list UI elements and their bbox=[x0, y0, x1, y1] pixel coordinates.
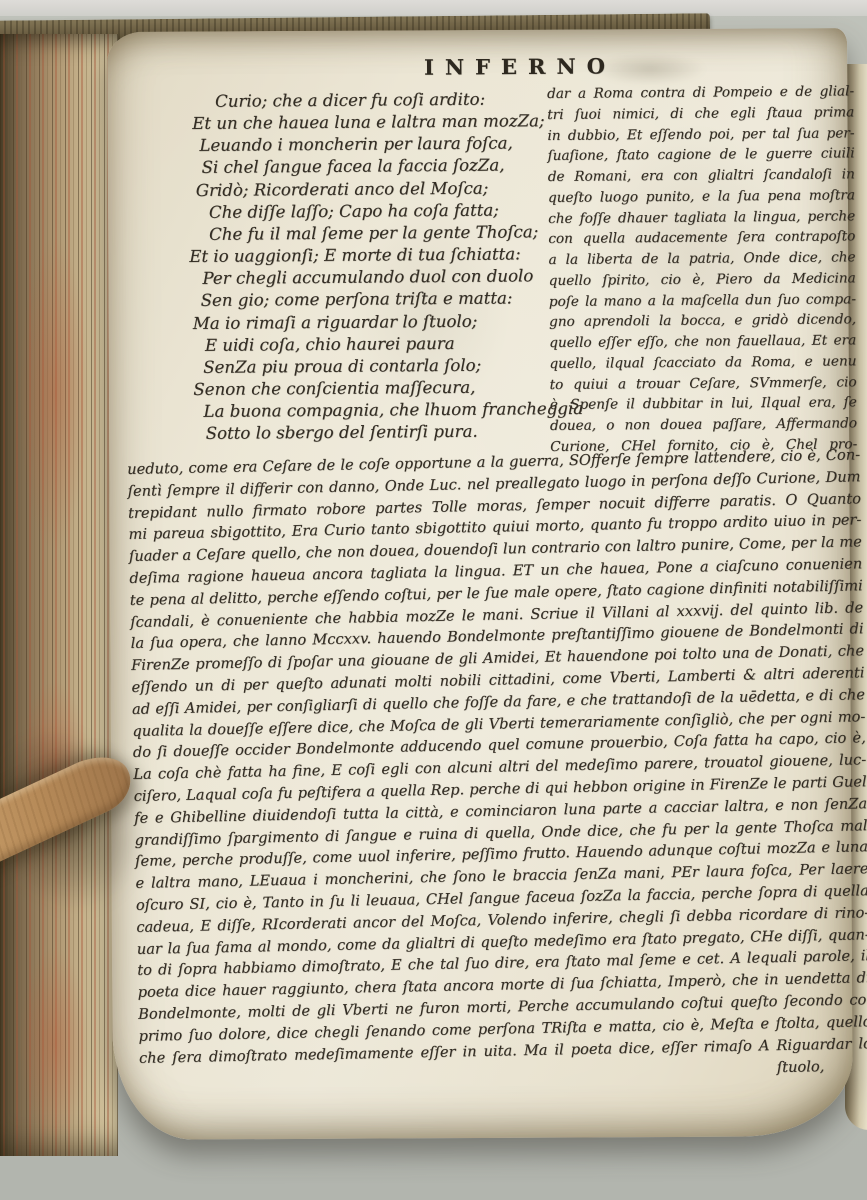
verse-line: Sen gio; come perſona triſta e matta: bbox=[201, 287, 580, 312]
verse-line: Curio; che a dicer fu coſi ardito: bbox=[215, 88, 578, 113]
verse-line: SenZa piu proua di contarla ſolo; bbox=[203, 354, 580, 379]
commentary-full-lines: ueduto, come era Ceſare de le coſe oppor… bbox=[127, 444, 867, 1069]
book-fore-edge bbox=[0, 34, 118, 1156]
commentary-line: de Romani, era con glialtri ſcandaloſi i… bbox=[548, 164, 855, 187]
commentary-line: douea, o non douea paſſare, Affermando bbox=[550, 413, 857, 436]
commentary-full-width: ueduto, come era Ceſare de le coſe oppor… bbox=[127, 444, 867, 1092]
commentary-line: in dubbio, Et eſſendo poi, per tal ſua p… bbox=[547, 123, 854, 146]
background-top-strip bbox=[0, 0, 867, 16]
verse-line: Che diſſe laſſo; Capo ha coſa fatta; bbox=[209, 199, 579, 224]
verse-line: Gridò; Ricorderati anco del Moſca; bbox=[196, 177, 579, 202]
commentary-line: gno aprendoli la bocca, e gridò dicendo, bbox=[549, 310, 856, 333]
commentary-line: a la liberta de la patria, Onde dice, ch… bbox=[548, 247, 855, 270]
verse-line: Leuando i moncherin per laura foſca, bbox=[199, 132, 578, 157]
commentary-line: to quiui a trouar Ceſare, SVmmerſe, cio bbox=[550, 372, 857, 395]
commentary-line: quello eſſer eſſo, che non fauellaua, Et… bbox=[549, 330, 856, 353]
commentary-line: è, Spenſe il dubbitar in lui, Ilqual era… bbox=[550, 393, 857, 416]
verse-line: Si chel ſangue facea la faccia ſozZa, bbox=[202, 154, 579, 179]
verse-line: Ma io rimaſi a riguardar lo ſtuolo; bbox=[193, 309, 580, 334]
verse-line: Sotto lo sbergo del ſentirſi pura. bbox=[206, 420, 581, 445]
commentary-line: che foſſe dhauer tagliata la lingua, per… bbox=[548, 206, 855, 229]
verse-line: Et io uaggionſi; E morte di tua ſchiatta… bbox=[189, 243, 579, 268]
verse-line: La buona compagnia, che lhuom francheggi… bbox=[203, 398, 580, 423]
book-photograph: INFERNO Curio; che a dicer fu coſi ardit… bbox=[0, 0, 867, 1200]
verse-column: Curio; che a dicer fu coſi ardito:Et un … bbox=[188, 88, 581, 446]
commentary-line: quello, ilqual ſcacciato da Roma, e uenu bbox=[549, 351, 856, 374]
verse-line: E uidi coſa, chio haurei paura bbox=[205, 332, 580, 357]
verse-line: Et un che hauea luna e laltra man mozZa; bbox=[192, 110, 578, 135]
commentary-line: ſuaſione, ſtato cagione de le guerre ciu… bbox=[548, 144, 855, 167]
commentary-line: queſto luogo punito, e la ſua pena moſtr… bbox=[548, 185, 855, 208]
fore-edge-red-speckle bbox=[8, 184, 100, 604]
running-title: INFERNO bbox=[310, 53, 730, 81]
commentary-line: poſe la mano a la maſcella dun ſuo compa… bbox=[549, 289, 856, 312]
verse-line: Per chegli accumulando duol con duolo bbox=[202, 265, 579, 290]
commentary-line: dar a Roma contra di Pompeio e de glial- bbox=[547, 81, 854, 104]
verse-line: Che fu il mal ſeme per la gente Thoſca; bbox=[209, 221, 579, 246]
commentary-line: con quella audacemente ſera contrapoſto bbox=[548, 227, 855, 250]
commentary-column-right: dar a Roma contra di Pompeio e de glial-… bbox=[547, 81, 857, 457]
commentary-line: quello ſpirito, cio è, Piero da Medicina bbox=[549, 268, 856, 291]
verse-line: Senon che conſcientia maſſecura, bbox=[193, 376, 580, 401]
commentary-line: tri ſuoi nimici, di che egli ſtaua prima bbox=[547, 102, 854, 125]
